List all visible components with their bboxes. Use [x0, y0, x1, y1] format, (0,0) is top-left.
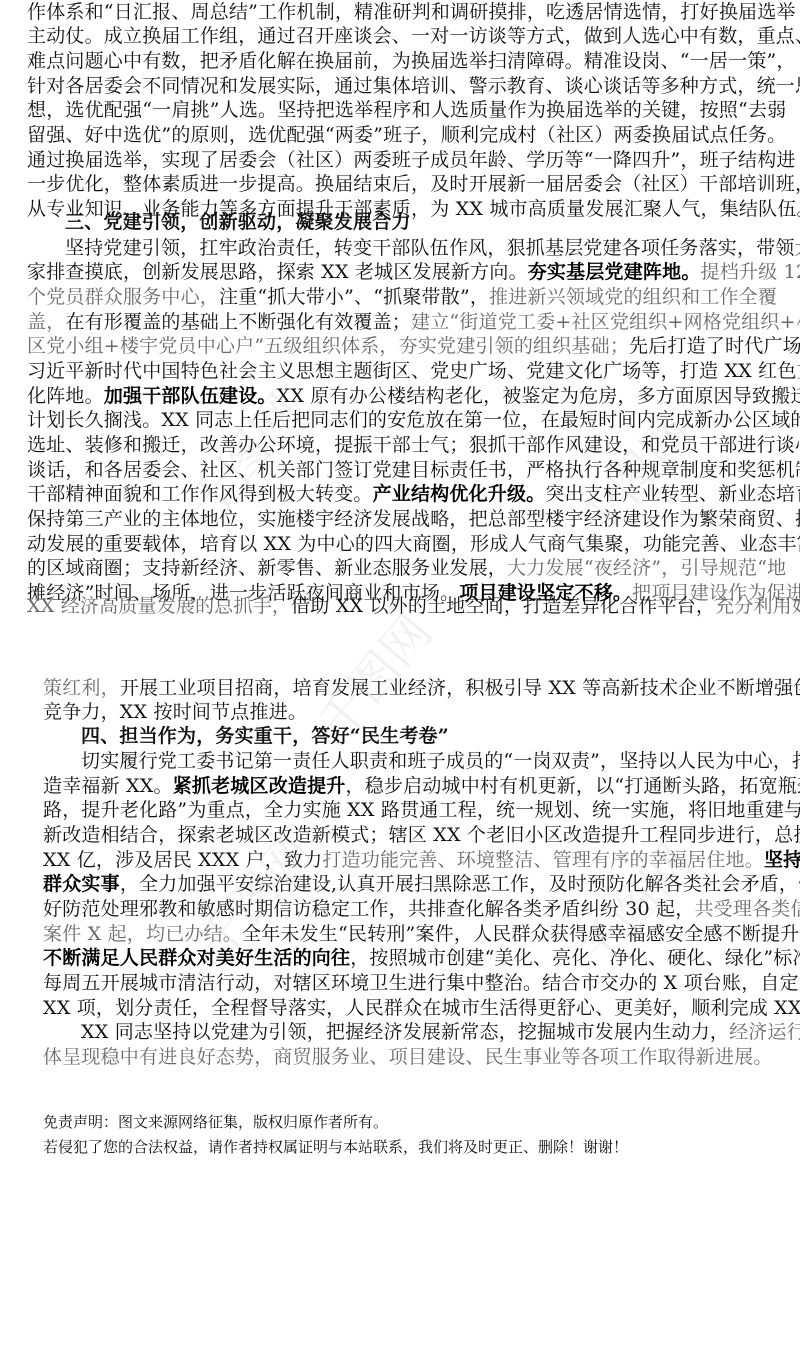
gray-text: 推进新兴领域党的组织和工作全覆 [489, 286, 777, 308]
text-line: 的区域商圈；支持新经济、新零售、新业态服务业发展，大力发展“夜经济”，引导规范“… [27, 556, 775, 580]
text-line: 坚持党建引领，扛牢政治责任，转变干部队伍作风，狠抓基层党建各项任务落实，带领大 [65, 236, 775, 260]
text-line: 保持第三产业的主体地位，实施楼宇经济发展战略，把总部型楼宇经济建设作为繁荣商贸、… [27, 507, 775, 531]
gray-text: 区党小组+楼宇党员中心户”五级组织体系，夯实党建引领的组织基础； [27, 335, 629, 357]
text-segment: 针对各居委会不同情况和发展实际，通过集体培训、警示教育、谈心谈话等多种方式，统一… [27, 75, 800, 97]
gray-text: 充分利用好政 [715, 595, 800, 617]
text-segment: 造幸福新 XX。 [43, 775, 173, 797]
text-line: 个党员群众服务中心，注重“抓大带小”、“抓聚带散”，推进新兴领域党的组织和工作全… [27, 285, 775, 309]
text-segment: 切实履行党工委书记第一责任人职责和班子成员的“一岗双责”，坚持以人民为中心，打 [81, 750, 800, 772]
text-segment: 主动仗。成立换届工作组，通过召开座谈会、一对一访谈等方式，做到人选心中有数，重点… [27, 25, 800, 47]
bold-text: 群众实事 [43, 873, 120, 895]
text-line: 计划长久搁浅。XX 同志上任后把同志们的安危放在第一位，在最短时间内完成新办公区… [27, 408, 775, 432]
bold-text: 加强干部队伍建设。 [104, 385, 277, 407]
text-line: 好防范处理邪教和敏感时期信访稳定工作，共排查化解各类矛盾纠纷 30 起，共受理各… [43, 897, 757, 921]
text-segment: 留强、好中选优”的原则，选优配强“两委”班子，顺利完成村（社区）两委换届试点任务… [27, 124, 786, 146]
text-segment: 路，提升老化路”为重点，全力实施 XX 路贯通工程，统一规划、统一实施，将旧地重… [43, 799, 800, 821]
text-line: 切实履行党工委书记第一责任人职责和班子成员的“一岗双责”，坚持以人民为中心，打 [81, 749, 757, 773]
text-line: 通过换届选举，实现了居委会（社区）两委班子成员年龄、学历等“一降四升”，班子结构… [27, 148, 775, 172]
gray-text: 个党员群众服务中心， [27, 286, 219, 308]
text-segment: 选址、装修和搬迁，改善办公环境，提振干部士气；狠抓干部作风建设，和党员干部进行谈… [27, 434, 800, 456]
text-segment: 谈话，和各居委会、社区、机关部门签订党建目标责任书，严格执行各种规章制度和奖惩机… [27, 459, 800, 481]
text-line: XX 同志坚持以党建为引领，把握经济发展新常态，挖掘城市发展内生动力，经济运行总 [81, 1020, 757, 1044]
text-line: 留强、好中选优”的原则，选优配强“两委”班子，顺利完成村（社区）两委换届试点任务… [27, 123, 775, 147]
disclaimer-line-1: 免责声明：图文来源网络征集，版权归原作者所有。 [43, 1112, 388, 1132]
text-segment: ，全力加强平安综治建设,认真开展扫黑除恶工作，及时预防化解各类社会矛盾，做 [120, 873, 800, 895]
text-segment: XX 亿，涉及居民 XXX 户，致力 [43, 849, 322, 871]
text-segment: 难点问题心中有数，把矛盾化解在换届前，为换届选举扫清障碍。精准设岗、“一居一策”… [27, 50, 796, 72]
text-line: 新改造相结合，探索老城区改造新模式；辖区 XX 个老旧小区改造提升工程同步进行，… [43, 823, 757, 847]
text-line: 化阵地。加强干部队伍建设。XX 原有办公楼结构老化，被鉴定为危房，多方面原因导致… [27, 384, 775, 408]
text-segment: 计划长久搁浅。XX 同志上任后把同志们的安危放在第一位，在最短时间内完成新办公区… [27, 409, 800, 431]
text-segment: 作体系和“日汇报、周总结”工作机制，精准研判和调研摸排，吃透居情选情，打好换届选… [27, 1, 796, 23]
text-line: 区党小组+楼宇党员中心户”五级组织体系，夯实党建引领的组织基础；先后打造了时代广… [27, 334, 775, 358]
document-page: 作体系和“日汇报、周总结”工作机制，精准研判和调研摸排，吃透居情选情，打好换届选… [0, 0, 800, 1352]
gray-text: 大力发展“夜经济”，引导规范“地 [507, 557, 786, 579]
gray-text: XX 经济高质量发展的总抓手， [27, 595, 291, 617]
text-segment: ，按照城市创建“美化、亮化、净化、硬化、绿化”标准， [350, 947, 800, 969]
disclaimer-line-2: 若侵犯了您的合法权益，请作者持权属证明与本站联系，我们将及时更正、删除！谢谢！ [43, 1137, 628, 1157]
text-line: XX 经济高质量发展的总抓手，借助 XX 以外的土地空间，打造差异化合作平台，充… [27, 594, 775, 618]
text-line: 家排查摸底，创新发展思路，探索 XX 老城区发展新方向。夯实基层党建阵地。提档升… [27, 260, 775, 284]
bold-text: 坚持办好 [764, 849, 800, 871]
text-line: 动发展的重要载体，培育以 XX 为中心的四大商圈，形成人气商气集聚，功能完善、业… [27, 532, 775, 556]
bold-text: 紧抓老城区改造提升 [173, 775, 346, 797]
text-segment: XX 同志坚持以党建为引领，把握经济发展新常态，挖掘城市发展内生动力， [81, 1021, 729, 1043]
gray-text: 共受理各类信访 [694, 898, 800, 920]
bold-text: 产业结构优化升级。 [373, 483, 546, 505]
text-line: 不断满足人民群众对美好生活的向往，按照城市创建“美化、亮化、净化、硬化、绿化”标… [43, 946, 757, 970]
text-segment: 习近平新时代中国特色社会主义思想主题街区、党史广场、党建文化广场等，打造 XX … [27, 360, 800, 382]
text-line: 习近平新时代中国特色社会主义思想主题街区、党史广场、党建文化广场等，打造 XX … [27, 359, 775, 383]
gray-text: 体呈现稳中有进良好态势，商贸服务业、项目建设、民生事业等各项工作取得新进展。 [43, 1046, 773, 1068]
text-line: 竞争力，XX 按时间节点推进。 [43, 700, 307, 724]
text-segment: 竞争力，XX 按时间节点推进。 [43, 701, 307, 723]
text-segment: 全年未发生“民转刑”案件，人民群众获得感幸福感安全感不断提升。 [242, 923, 800, 945]
text-segment: 通过换届选举，实现了居委会（社区）两委班子成员年龄、学历等“一降四升”，班子结构… [27, 149, 796, 171]
text-segment: 先后打造了时代广场 [629, 335, 800, 357]
text-segment: 新改造相结合，探索老城区改造新模式；辖区 XX 个老旧小区改造提升工程同步进行，… [43, 824, 800, 846]
text-segment: XX 项，划分责任，全程督导落实，人民群众在城市生活得更舒心、更美好，顺利完成 … [43, 997, 800, 1019]
text-line: 路，提升老化路”为重点，全力实施 XX 路贯通工程，统一规划、统一实施，将旧地重… [43, 798, 757, 822]
text-segment: 干部精神面貌和工作作风得到极大转变。 [27, 483, 373, 505]
section-heading-3: 三、党建引领，创新驱动，凝聚发展合力 [65, 210, 411, 234]
text-segment: XX 原有办公楼结构老化，被鉴定为危房，多方面原因导致搬迁 [277, 385, 800, 407]
text-segment: 的区域商圈；支持新经济、新零售、新业态服务业发展， [27, 557, 507, 579]
text-line: 造幸福新 XX。紧抓老城区改造提升，稳步启动城中村有机更新，以“打通断头路，拓宽… [43, 774, 757, 798]
gray-text: 提档升级 12 [701, 261, 800, 283]
text-line: 谈话，和各居委会、社区、机关部门签订党建目标责任书，严格执行各种规章制度和奖惩机… [27, 458, 775, 482]
text-segment: 开展工业项目招商，培育发展工业经济，积极引导 XX 等高新技术企业不断增强创新 [120, 677, 800, 699]
text-segment: 好防范处理邪教和敏感时期信访稳定工作，共排查化解各类矛盾纠纷 30 起， [43, 898, 694, 920]
bold-text: 不断满足人民群众对美好生活的向往 [43, 947, 350, 969]
text-line: 体呈现稳中有进良好态势，商贸服务业、项目建设、民生事业等各项工作取得新进展。 [43, 1045, 773, 1069]
gray-text: 建立“街道党工委+社区党组织+网格党组织+小 [411, 311, 800, 333]
bold-text: 夯实基层党建阵地。 [528, 261, 701, 283]
text-segment: 动发展的重要载体，培育以 XX 为中心的四大商圈，形成人气商气集聚，功能完善、业… [27, 533, 800, 555]
text-line: 难点问题心中有数，把矛盾化解在换届前，为换届选举扫清障碍。精准设岗、“一居一策”… [27, 49, 775, 73]
gray-text: 经济运行总 [729, 1021, 800, 1043]
text-segment: 一步优化，整体素质进一步提高。换届结束后，及时开展新一届居委会（社区）干部培训班… [27, 173, 800, 195]
text-line: 策红利，开展工业项目招商，培育发展工业经济，积极引导 XX 等高新技术企业不断增… [43, 676, 757, 700]
gray-text: 盖， [27, 311, 65, 333]
text-line: 群众实事，全力加强平安综治建设,认真开展扫黑除恶工作，及时预防化解各类社会矛盾，… [43, 872, 757, 896]
text-segment: 突出支柱产业转型、新业态培育， [545, 483, 800, 505]
text-segment: 注重“抓大带小”、“抓聚带散”， [219, 286, 489, 308]
text-segment: 每周五开展城市清洁行动，对辖区环境卫生进行集中整治。结合市交办的 X 项台账，自… [43, 972, 800, 994]
text-segment: 保持第三产业的主体地位，实施楼宇经济发展战略，把总部型楼宇经济建设作为繁荣商贸、… [27, 508, 800, 530]
text-segment: 化阵地。 [27, 385, 104, 407]
text-segment: ，稳步启动城中村有机更新，以“打通断头路，拓宽瓶颈 [346, 775, 800, 797]
text-line: 案件 X 起，均已办结。全年未发生“民转刑”案件，人民群众获得感幸福感安全感不断… [43, 922, 757, 946]
section-heading-4: 四、担当作为，务实重干，答好“民生考卷” [81, 724, 449, 748]
text-line: 针对各居委会不同情况和发展实际，通过集体培训、警示教育、谈心谈话等多种方式，统一… [27, 74, 775, 98]
gray-text: 策红利， [43, 677, 120, 699]
text-line: XX 亿，涉及居民 XXX 户，致力打造功能完善、环境整洁、管理有序的幸福居住地… [43, 848, 757, 872]
text-line: 作体系和“日汇报、周总结”工作机制，精准研判和调研摸排，吃透居情选情，打好换届选… [27, 0, 775, 24]
gray-text: 案件 X 起，均已办结。 [43, 923, 242, 945]
text-segment: 坚持党建引领，扛牢政治责任，转变干部队伍作风，狠抓基层党建各项任务落实，带领大 [65, 237, 800, 259]
text-line: 想，选优配强“一肩挑”人选。坚持把选举程序和人选质量作为换届选举的关键，按照“去… [27, 98, 775, 122]
text-line: XX 项，划分责任，全程督导落实，人民群众在城市生活得更舒心、更美好，顺利完成 … [43, 996, 757, 1020]
text-line: 干部精神面貌和工作作风得到极大转变。产业结构优化升级。突出支柱产业转型、新业态培… [27, 482, 775, 506]
text-line: 一步优化，整体素质进一步提高。换届结束后，及时开展新一届居委会（社区）干部培训班… [27, 172, 775, 196]
text-line: 选址、装修和搬迁，改善办公环境，提振干部士气；狠抓干部作风建设，和党员干部进行谈… [27, 433, 775, 457]
text-segment: 借助 XX 以外的土地空间，打造差异化合作平台， [291, 595, 715, 617]
text-segment: 想，选优配强“一肩挑”人选。坚持把选举程序和人选质量作为换届选举的关键，按照“去… [27, 99, 786, 121]
text-segment: 家排查摸底，创新发展思路，探索 XX 老城区发展新方向。 [27, 261, 528, 283]
gray-text: 打造功能完善、环境整洁、管理有序的幸福居住地。 [322, 849, 764, 871]
text-line: 主动仗。成立换届工作组，通过召开座谈会、一对一访谈等方式，做到人选心中有数，重点… [27, 24, 775, 48]
text-segment: 在有形覆盖的基础上不断强化有效覆盖； [65, 311, 411, 333]
text-line: 每周五开展城市清洁行动，对辖区环境卫生进行集中整治。结合市交办的 X 项台账，自… [43, 971, 757, 995]
text-line: 盖，在有形覆盖的基础上不断强化有效覆盖；建立“街道党工委+社区党组织+网格党组织… [27, 310, 775, 334]
